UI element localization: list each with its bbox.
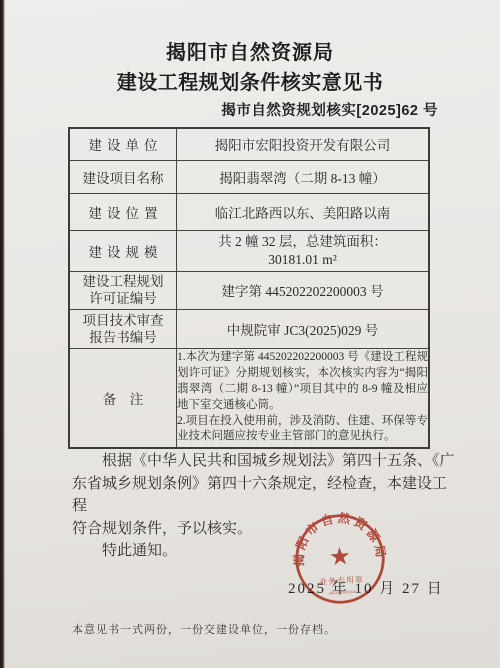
table-row: 建设工程规划 许可证编号 建字第 445202202200003 号 bbox=[69, 271, 429, 309]
row-value-construction-unit: 揭阳市宏阳投资开发有限公司 bbox=[177, 128, 430, 160]
row-value-project-name: 揭阳翡翠湾（二期 8-13 幢） bbox=[177, 160, 430, 193]
row-label-location: 建设位置 bbox=[69, 193, 177, 230]
row-label-permit-number: 建设工程规划 许可证编号 bbox=[69, 271, 177, 309]
footer-note: 本意见书一式两份，一份交建设单位，一份存档。 bbox=[72, 621, 336, 637]
row-value-permit-number: 建字第 445202202200003 号 bbox=[177, 271, 430, 309]
row-label-review-report-number: 项目技术审查 报告书编号 bbox=[69, 309, 177, 348]
stamp-sub-text: 业务专用章 bbox=[319, 574, 364, 587]
body-closing: 特此通知。 bbox=[72, 540, 458, 563]
stamp-code: 4452020500318 bbox=[329, 590, 356, 596]
bureau-title: 揭阳市自然资源局 bbox=[0, 36, 500, 65]
official-seal-stamp: 揭阳市自然资源局 ★ 业务专用章 4452020500318 bbox=[290, 509, 390, 609]
row-value-review-report-number: 中规院审 JC3(2025)029 号 bbox=[177, 309, 430, 348]
remarks-cell: 1.本次为建字第 445202202200003 号《建设工程规划许可证》分期规… bbox=[177, 348, 430, 448]
document-photo: 揭阳市自然资源局 建设工程规划条件核实意见书 揭市自然资规划核实[2025]62… bbox=[0, 0, 500, 668]
row-value-scale: 共 2 幢 32 层，总建筑面积： 30181.01 m² bbox=[177, 230, 430, 271]
remark-item-2: 2.项目在投入使用前，涉及消防、住建、环保等专业技术问题应按专业主管部门的意见执… bbox=[177, 414, 428, 446]
document-number: 揭市自然资规划核实[2025]62 号 bbox=[221, 99, 438, 120]
body-paragraph: 根据《中华人民共和国城乡规划法》第四十五条、《广 东省城乡规划条例》第四十六条规… bbox=[72, 450, 458, 540]
photo-edge bbox=[0, 0, 5, 668]
document-title: 建设工程规划条件核实意见书 bbox=[0, 66, 500, 95]
table-row: 建设位置 临江北路西以东、美阳路以南 bbox=[69, 193, 429, 230]
info-table: 建设单位 揭阳市宏阳投资开发有限公司 建设项目名称 揭阳翡翠湾（二期 8-13 … bbox=[68, 127, 430, 449]
table-row: 项目技术审查 报告书编号 中规院审 JC3(2025)029 号 bbox=[69, 309, 429, 348]
table-row: 建设单位 揭阳市宏阳投资开发有限公司 bbox=[69, 128, 429, 160]
row-label-scale: 建设规模 bbox=[69, 230, 177, 271]
table-row: 建设规模 共 2 幢 32 层，总建筑面积： 30181.01 m² bbox=[69, 230, 429, 271]
table-row: 建设项目名称 揭阳翡翠湾（二期 8-13 幢） bbox=[69, 160, 429, 193]
stamp-star-icon: ★ bbox=[328, 541, 352, 571]
remark-item-1: 1.本次为建字第 445202202200003 号《建设工程规划许可证》分期规… bbox=[177, 350, 428, 413]
body-text: 根据《中华人民共和国城乡规划法》第四十五条、《广 东省城乡规划条例》第四十六条规… bbox=[72, 450, 458, 563]
row-label-remarks: 备 注 bbox=[69, 348, 177, 448]
row-value-location: 临江北路西以东、美阳路以南 bbox=[177, 193, 430, 230]
table-row: 备 注 1.本次为建字第 445202202200003 号《建设工程规划许可证… bbox=[69, 348, 429, 448]
row-label-construction-unit: 建设单位 bbox=[69, 128, 177, 160]
row-label-project-name: 建设项目名称 bbox=[69, 160, 177, 193]
